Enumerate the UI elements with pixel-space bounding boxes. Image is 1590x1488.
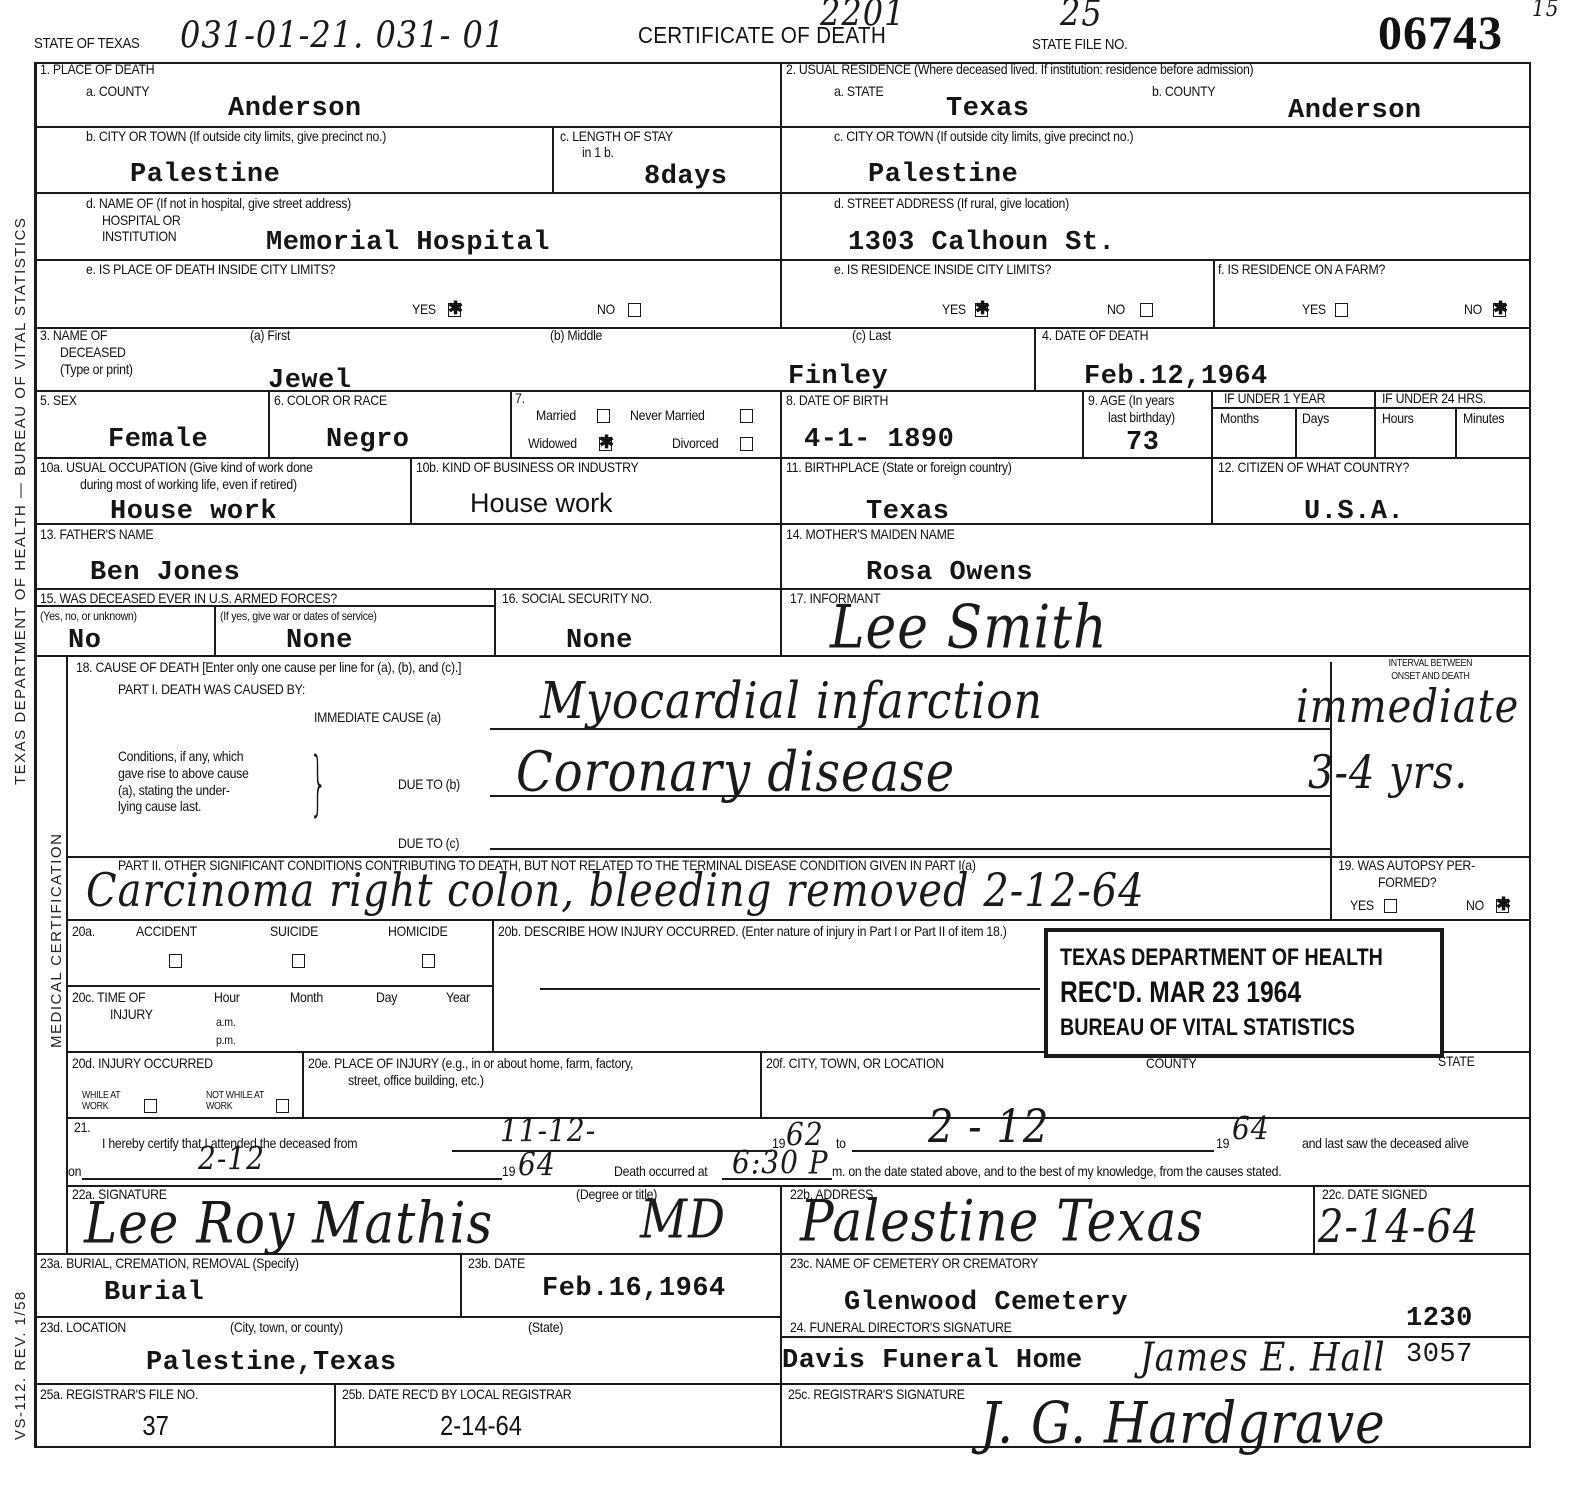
length-of-stay-sub-label: in 1 b. bbox=[582, 145, 614, 160]
place-of-injury-label: 20e. PLACE OF INJURY (e.g., in or about … bbox=[308, 1056, 633, 1071]
residence-inside-yes-label: YES bbox=[942, 302, 966, 317]
interval-label: INTERVAL BETWEEN ONSET AND DEATH bbox=[1382, 658, 1479, 683]
corner-mark: 15 bbox=[1532, 0, 1559, 22]
certify-closing-text: m. on the date stated above, and to the … bbox=[832, 1164, 1281, 1179]
registrar-file-label: 25a. REGISTRAR'S FILE NO. bbox=[40, 1387, 198, 1402]
cemetery-value: Glenwood Cemetery bbox=[844, 1288, 1128, 1318]
registrar-signature-label: 25c. REGISTRAR'S SIGNATURE bbox=[788, 1387, 965, 1402]
death-city-label: b. CITY OR TOWN (If outside city limits,… bbox=[86, 129, 386, 144]
death-inside-limits-label: e. IS PLACE OF DEATH INSIDE CITY LIMITS? bbox=[86, 262, 335, 277]
physician-signature: Lee Roy Mathis bbox=[84, 1190, 493, 1257]
due-to-b-label: DUE TO (b) bbox=[398, 777, 460, 792]
describe-injury-label: 20b. DESCRIBE HOW INJURY OCCURRED. (Ente… bbox=[498, 924, 1007, 939]
minutes-label: Minutes bbox=[1463, 411, 1504, 426]
residence-inside-no-checkbox[interactable] bbox=[1140, 303, 1153, 317]
length-of-stay-label: c. LENGTH OF STAY bbox=[560, 129, 673, 144]
hour-label: Hour bbox=[214, 990, 240, 1005]
residence-state-value: Texas bbox=[946, 94, 1030, 124]
autopsy-yes-checkbox[interactable] bbox=[1384, 899, 1397, 913]
never-married-checkbox[interactable] bbox=[740, 409, 753, 423]
armed-forces-sub-label: (Yes, no, or unknown) bbox=[40, 610, 137, 623]
under-day-label: IF UNDER 24 HRS. bbox=[1382, 391, 1486, 406]
race-value: Negro bbox=[326, 425, 410, 455]
handwritten-number: 2201 bbox=[820, 0, 905, 35]
last-seen-year: 64 bbox=[518, 1146, 556, 1184]
residence-county-value: Anderson bbox=[1288, 96, 1422, 126]
injury-occurred-label: 20d. INJURY OCCURRED bbox=[72, 1056, 213, 1071]
am-label: a.m. bbox=[216, 1016, 235, 1029]
age-sub-label: last birthday) bbox=[1108, 410, 1175, 425]
father-value: Ben Jones bbox=[90, 558, 240, 588]
armed-forces-label: 15. WAS DECEASED EVER IN U.S. ARMED FORC… bbox=[40, 591, 337, 606]
year-label: Year bbox=[446, 990, 470, 1005]
to-year-prefix: 19 bbox=[1216, 1136, 1229, 1151]
days-label: Days bbox=[1302, 411, 1329, 426]
funeral-director-signature: James E. Hall bbox=[1140, 1335, 1386, 1381]
received-stamp: TEXAS DEPARTMENT OF HEALTH REC'D. MAR 23… bbox=[1044, 928, 1444, 1058]
autopsy-label-2: FORMED? bbox=[1378, 875, 1436, 890]
divorced-checkbox[interactable] bbox=[740, 437, 753, 451]
widowed-checkbox[interactable] bbox=[599, 437, 612, 451]
ssn-value: None bbox=[566, 626, 633, 656]
hours-label: Hours bbox=[1382, 411, 1414, 426]
street-address-label: d. STREET ADDRESS (If rural, give locati… bbox=[834, 196, 1069, 211]
stamp-line-received-date: REC'D. MAR 23 1964 bbox=[1060, 976, 1301, 1010]
cemetery-label: 23c. NAME OF CEMETERY OR CREMATORY bbox=[790, 1256, 1038, 1271]
hospital-label-2: HOSPITAL OR bbox=[102, 213, 181, 228]
deceased-name-label-3: (Type or print) bbox=[60, 362, 133, 377]
attended-to-date: 2 - 12 bbox=[928, 1101, 1049, 1154]
widowed-label: Widowed bbox=[528, 436, 577, 451]
accident-label: ACCIDENT bbox=[136, 924, 197, 939]
farm-yes-label: YES bbox=[1302, 302, 1326, 317]
occupation-sub-label: during most of working life, even if ret… bbox=[80, 477, 297, 492]
autopsy-label: 19. WAS AUTOPSY PER- bbox=[1338, 858, 1475, 873]
date-of-death-label: 4. DATE OF DEATH bbox=[1042, 328, 1148, 343]
accident-checkbox[interactable] bbox=[169, 954, 182, 968]
pm-label: p.m. bbox=[216, 1034, 235, 1047]
married-checkbox[interactable] bbox=[597, 409, 610, 423]
citizen-label: 12. CITIZEN OF WHAT COUNTRY? bbox=[1218, 460, 1409, 475]
death-inside-limits-no-checkbox[interactable] bbox=[628, 303, 641, 317]
state-file-number: 06743 bbox=[1378, 6, 1503, 61]
immediate-cause-value: Myocardial infarction bbox=[540, 672, 1043, 731]
autopsy-yes-label: YES bbox=[1350, 898, 1374, 913]
first-name-label: (a) First bbox=[250, 328, 290, 343]
industry-label: 10b. KIND OF BUSINESS OR INDUSTRY bbox=[416, 460, 638, 475]
occupation-value: House work bbox=[110, 497, 277, 527]
suicide-label: SUICIDE bbox=[270, 924, 318, 939]
residence-county-label: b. COUNTY bbox=[1152, 84, 1215, 99]
certification-item-label: 21. bbox=[74, 1120, 90, 1135]
divorced-label: Divorced bbox=[672, 436, 719, 451]
burial-date-value: Feb.16,1964 bbox=[542, 1274, 726, 1304]
while-at-work-checkbox[interactable] bbox=[144, 1099, 157, 1113]
burial-method-value: Burial bbox=[104, 1278, 204, 1308]
informant-signature: Lee Smith bbox=[830, 594, 1108, 663]
on-label: on bbox=[68, 1164, 81, 1179]
residence-city-value: Palestine bbox=[868, 160, 1018, 190]
local-registrar-date-value: 2-14-64 bbox=[440, 1410, 522, 1442]
conditions-note: Conditions, if any, which gave rise to a… bbox=[118, 748, 250, 815]
injury-type-label: 20a. bbox=[72, 924, 95, 939]
last-name-value: Finley bbox=[788, 362, 888, 392]
date-of-death-value: Feb.12,1964 bbox=[1084, 362, 1268, 392]
age-label: 9. AGE (In years bbox=[1088, 393, 1174, 408]
death-time-value: 6:30 P bbox=[732, 1144, 829, 1182]
physician-address: Palestine Texas bbox=[800, 1188, 1204, 1255]
farm-no-label: NO bbox=[1464, 302, 1482, 317]
last-seen-year-prefix: 19 bbox=[502, 1164, 515, 1179]
farm-label: f. IS RESIDENCE ON A FARM? bbox=[1218, 262, 1385, 277]
registrar-signature: J. G. Hardgrave bbox=[980, 1390, 1386, 1457]
while-at-work-label: WHILE AT WORK bbox=[82, 1090, 135, 1112]
length-of-stay-value: 8days bbox=[644, 162, 728, 192]
autopsy-no-label: NO bbox=[1466, 898, 1484, 913]
never-married-label: Never Married bbox=[630, 408, 705, 423]
license-number-1: 1230 bbox=[1406, 1304, 1473, 1334]
death-county-label: a. COUNTY bbox=[86, 84, 149, 99]
date-signed-value: 2-14-64 bbox=[1318, 1201, 1479, 1254]
industry-value: House work bbox=[470, 488, 613, 519]
not-while-at-work-checkbox[interactable] bbox=[276, 1099, 289, 1113]
hospital-value: Memorial Hospital bbox=[266, 228, 550, 258]
burial-location-value: Palestine,Texas bbox=[146, 1348, 397, 1378]
burial-location-city-label: (City, town, or county) bbox=[230, 1320, 343, 1335]
residence-inside-limits-label: e. IS RESIDENCE INSIDE CITY LIMITS? bbox=[834, 262, 1051, 277]
race-label: 6. COLOR OR RACE bbox=[274, 393, 387, 408]
under-year-label: IF UNDER 1 YEAR bbox=[1224, 391, 1325, 406]
residence-inside-no-label: NO bbox=[1107, 302, 1125, 317]
married-label: Married bbox=[536, 408, 576, 423]
hospital-label-3: INSTITUTION bbox=[102, 229, 176, 244]
deceased-name-label: 3. NAME OF bbox=[40, 328, 107, 343]
residence-inside-yes-checkbox[interactable] bbox=[975, 303, 988, 317]
registrar-file-value: 37 bbox=[142, 1410, 168, 1442]
death-city-value: Palestine bbox=[130, 160, 280, 190]
burial-location-label: 23d. LOCATION bbox=[40, 1320, 126, 1335]
last-seen-date: 2-12 bbox=[198, 1140, 265, 1178]
bracket-icon: } bbox=[309, 748, 327, 818]
state-label: STATE OF TEXAS bbox=[34, 36, 140, 53]
immediate-cause-label: IMMEDIATE CAUSE (a) bbox=[314, 710, 441, 725]
injury-time-label: 20c. TIME OF bbox=[72, 990, 145, 1005]
months-label: Months bbox=[1220, 411, 1259, 426]
burial-location-state-label: (State) bbox=[528, 1320, 563, 1335]
street-address-value: 1303 Calhoun St. bbox=[848, 228, 1115, 258]
form-number-side-label: VS-112. REV. 1/58 bbox=[12, 1290, 29, 1440]
last-name-label: (c) Last bbox=[852, 328, 891, 343]
ssn-label: 16. SOCIAL SECURITY NO. bbox=[502, 591, 652, 606]
birthplace-label: 11. BIRTHPLACE (State or foreign country… bbox=[786, 460, 1012, 475]
farm-yes-checkbox[interactable] bbox=[1335, 303, 1348, 317]
sex-value: Female bbox=[108, 425, 208, 455]
death-inside-limits-no-label: NO bbox=[597, 302, 615, 317]
death-inside-limits-yes-label: YES bbox=[412, 302, 436, 317]
handwritten-code: 031-01-21. 031- 01 bbox=[180, 13, 505, 57]
last-saw-text: and last saw the deceased alive bbox=[1302, 1136, 1468, 1151]
armed-forces-value: No bbox=[68, 626, 101, 656]
suicide-checkbox[interactable] bbox=[292, 954, 305, 968]
due-to-b-value: Coronary disease bbox=[516, 740, 955, 804]
father-label: 13. FATHER'S NAME bbox=[40, 527, 153, 542]
residence-label: 2. USUAL RESIDENCE (Where deceased lived… bbox=[786, 62, 1253, 77]
marital-item-label: 7. bbox=[515, 391, 525, 406]
funeral-director-label: 24. FUNERAL DIRECTOR'S SIGNATURE bbox=[790, 1320, 1012, 1335]
mother-value: Rosa Owens bbox=[866, 558, 1033, 588]
interval-a-value: immediate bbox=[1296, 681, 1519, 734]
death-county-value: Anderson bbox=[228, 94, 362, 124]
injury-city-label: 20f. CITY, TOWN, OR LOCATION bbox=[766, 1056, 944, 1071]
mother-label: 14. MOTHER'S MAIDEN NAME bbox=[786, 527, 955, 542]
due-to-c-label: DUE TO (c) bbox=[398, 836, 459, 851]
injury-county-label: COUNTY bbox=[1146, 1056, 1196, 1071]
armed-service-sub-label: (If yes, give war or dates of service) bbox=[220, 610, 377, 623]
residence-city-label: c. CITY OR TOWN (If outside city limits,… bbox=[834, 129, 1133, 144]
month-label: Month bbox=[290, 990, 323, 1005]
part2-value: Carcinoma right colon, bleeding removed … bbox=[86, 865, 1145, 918]
middle-name-label: (b) Middle bbox=[550, 328, 602, 343]
age-value: 73 bbox=[1126, 428, 1159, 458]
state-file-label: STATE FILE NO. bbox=[1032, 37, 1128, 54]
stamp-line-department: TEXAS DEPARTMENT OF HEALTH bbox=[1060, 944, 1383, 972]
burial-method-label: 23a. BURIAL, CREMATION, REMOVAL (Specify… bbox=[40, 1256, 299, 1271]
homicide-label: HOMICIDE bbox=[388, 924, 447, 939]
stamp-line-bureau: BUREAU OF VITAL STATISTICS bbox=[1060, 1014, 1355, 1042]
not-while-at-work-label: NOT WHILE AT WORK bbox=[206, 1090, 268, 1112]
attended-from-date: 11-12- bbox=[500, 1112, 596, 1150]
injury-time-label-2: INJURY bbox=[110, 1007, 153, 1022]
local-registrar-date-label: 25b. DATE REC'D BY LOCAL REGISTRAR bbox=[342, 1387, 571, 1402]
sex-label: 5. SEX bbox=[40, 393, 77, 408]
death-inside-limits-yes-checkbox[interactable] bbox=[448, 303, 461, 317]
cause-of-death-label: 18. CAUSE OF DEATH [Enter only one cause… bbox=[76, 660, 461, 675]
deceased-name-label-2: DECEASED bbox=[60, 345, 126, 360]
death-occurred-label: Death occurred at bbox=[614, 1164, 707, 1179]
place-of-injury-label-2: street, office building, etc.) bbox=[348, 1073, 484, 1088]
hospital-label: d. NAME OF (If not in hospital, give str… bbox=[86, 196, 351, 211]
handwritten-number-2: 25 bbox=[1060, 0, 1103, 35]
birthplace-value: Texas bbox=[866, 497, 950, 527]
farm-no-checkbox[interactable] bbox=[1493, 303, 1506, 317]
to-label: to bbox=[836, 1136, 846, 1151]
attended-to-year: 64 bbox=[1232, 1110, 1270, 1148]
armed-service-value: None bbox=[286, 626, 353, 656]
license-number-2: 3057 bbox=[1406, 1340, 1473, 1370]
autopsy-no-checkbox[interactable] bbox=[1496, 899, 1509, 913]
department-side-label: TEXAS DEPARTMENT OF HEALTH — BUREAU OF V… bbox=[12, 217, 29, 785]
interval-b-value: 3-4 yrs. bbox=[1308, 747, 1468, 800]
place-of-death-label: 1. PLACE OF DEATH bbox=[40, 62, 154, 77]
day-label: Day bbox=[376, 990, 397, 1005]
occupation-label: 10a. USUAL OCCUPATION (Give kind of work… bbox=[40, 460, 313, 475]
residence-state-label: a. STATE bbox=[834, 84, 883, 99]
physician-degree: MD bbox=[640, 1188, 726, 1250]
funeral-director-value: Davis Funeral Home bbox=[782, 1346, 1083, 1376]
dob-value: 4-1- 1890 bbox=[804, 425, 954, 455]
part1-label: PART I. DEATH WAS CAUSED BY: bbox=[118, 682, 305, 697]
medical-certification-side-label: MEDICAL CERTIFICATION bbox=[48, 833, 65, 1048]
homicide-checkbox[interactable] bbox=[422, 954, 435, 968]
citizen-value: U.S.A. bbox=[1304, 497, 1404, 527]
dob-label: 8. DATE OF BIRTH bbox=[786, 393, 888, 408]
burial-date-label: 23b. DATE bbox=[468, 1256, 525, 1271]
